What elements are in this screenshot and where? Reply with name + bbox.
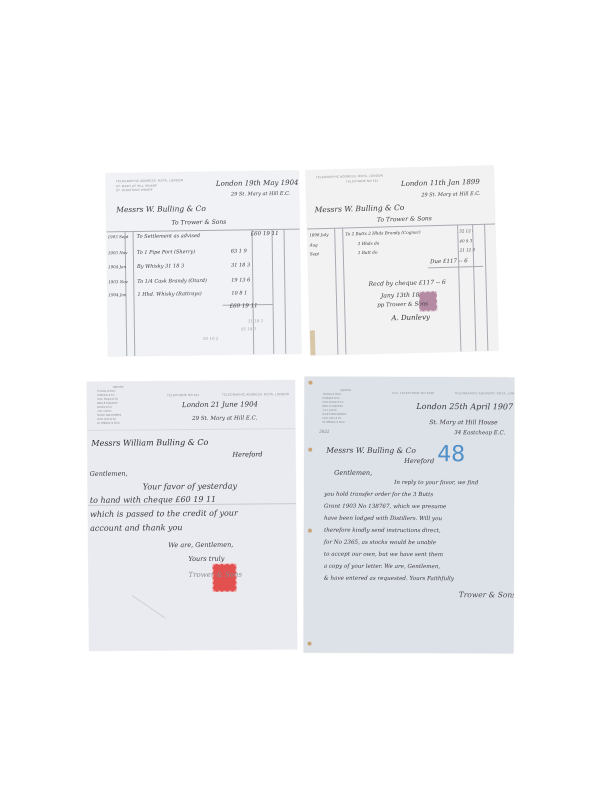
ledger-item: By Whisky 31 18 3: [137, 263, 184, 270]
ledger-rule: [342, 228, 346, 355]
address-line: 34 Eastcheap E.C.: [454, 430, 505, 436]
agents-list: Agencies Thomas & Sons Hollmann & Co Hun…: [322, 389, 351, 425]
telegraph: Telegraphic Address: Rota, London: [454, 391, 514, 395]
ledger-rule: [284, 229, 287, 354]
body-line: account and thank you: [90, 523, 182, 533]
ledger-item: 1 Butt do: [358, 250, 378, 256]
closing: Yours truly: [188, 555, 224, 563]
fold-crease: [87, 428, 295, 431]
ledger-item: To 1 Pipe Port (Sherry): [137, 249, 195, 256]
pencil-note: 95 18 3: [241, 326, 256, 331]
blue-annotation: 48: [437, 442, 465, 467]
body-line: Your favor of yesterday: [143, 482, 237, 492]
signature: Trower & Sons: [459, 590, 515, 599]
place-date: London 25th April 1907: [416, 402, 513, 411]
address-line: 29 St. Mary at Hill E.C.: [421, 191, 480, 199]
telegraph: Telegraphic Address: Rota, London: [222, 392, 289, 397]
recipient: Messrs W. Bulling & Co: [315, 203, 405, 214]
place-date: London 11th Jan 1899: [401, 178, 480, 188]
ledger-item: To 1/4 Cask Brandy (Otard): [137, 278, 207, 285]
body-line: which is passed to the credit of your: [90, 509, 238, 519]
closing: We are, Gentlemen,: [168, 541, 233, 550]
ledger-total: Due £117 -- 6: [430, 258, 468, 265]
ledger-rule: [457, 225, 461, 352]
recipient-town: Hereford: [232, 450, 262, 458]
ledger-rule: [484, 224, 488, 351]
letterhead-line: Telegraphic Address: Rota, London: [116, 178, 183, 183]
fold-crease-diagonal: [132, 595, 166, 618]
body-line: Grant 1903 No 138767, which we presume: [324, 504, 446, 510]
body-line: have been lodged with Distillers. Will y…: [324, 516, 442, 522]
place-date: London 21 June 1904: [182, 400, 258, 409]
body-line: & have entered as requested. Yours Faith…: [324, 576, 454, 582]
letterhead-line: Telephone No 611: [346, 179, 378, 184]
pencil-note: 92 10 2: [203, 336, 218, 341]
from-line: To Trower & Sons: [377, 215, 432, 223]
ledger-date: Aug: [309, 242, 317, 247]
salutation: Gentlemen,: [334, 469, 372, 477]
body-line: to accept our own, but we have sent them: [324, 552, 443, 558]
ledger-amount: 32 12 -: [459, 228, 473, 233]
telephone: P.O. Telephone No 6108: [392, 391, 434, 395]
ledger-amount: 21 12 3: [460, 247, 475, 252]
recipient-town: Hereford: [404, 457, 434, 465]
ledger-rule: [272, 229, 275, 354]
document-bottom-right-letter: Agencies Thomas & Sons Hollmann & Co Hun…: [304, 377, 515, 654]
recipient: Messrs W. Bulling & Co: [116, 204, 206, 214]
punch-hole: [308, 448, 312, 452]
ledger-rule: [252, 229, 255, 354]
punch-hole: [308, 381, 312, 385]
signature: A. Dunlevy: [391, 313, 430, 322]
ledger-date: 1903 Nov: [108, 279, 128, 284]
salutation: Gentlemen,: [90, 470, 128, 478]
ledger-date: 1898 July: [309, 232, 328, 238]
ledger-item: 1 Hhd. Whisky (Rattrays): [137, 291, 201, 298]
letterhead-line: St. Dunstans Wharf: [116, 188, 153, 193]
ledger-item: To Settlement as advised: [137, 233, 201, 240]
body-line: you hold transfer order for the 3 Butts: [324, 492, 433, 498]
agents-list: Agencies Thomas & Sons Hollmann & Co Hun…: [97, 386, 124, 426]
ledger-amount: 31 18 3: [231, 262, 250, 268]
ledger-total: £60 19 11: [230, 303, 258, 309]
ledger-date: 1903 Nov: [108, 250, 128, 255]
ledger-amount: 40 9 3: [459, 238, 472, 243]
ledger-date: 1904 Jan: [108, 292, 126, 297]
body-line: a copy of your letter. We are, Gentlemen…: [324, 564, 440, 570]
ledger-item: To 2 Butts 2 Hhds Brandy (Cognac): [345, 230, 420, 237]
body-line: therefore kindly send instructions direc…: [324, 528, 441, 534]
receipt-note: Recd by cheque £117 -- 6: [369, 279, 446, 288]
recipient: Messrs W. Bulling & Co: [326, 446, 416, 455]
body-line: for No 2365, as stocks would be unable: [324, 540, 436, 546]
pencil-note: 31 18 3: [248, 318, 263, 323]
ledger-amount: 10 8 1: [231, 290, 247, 296]
body-line: In reply to your favor, we find: [394, 480, 478, 486]
signature: Trower & Sons: [188, 571, 242, 579]
ledger-item: 3 Hhds do: [357, 241, 379, 247]
address-line: St. Mary at Hill House: [429, 419, 497, 426]
ledger-date: Sept: [310, 251, 319, 256]
ledger-date: 1903 Sept: [108, 234, 129, 239]
from-line: To Trower & Sons: [171, 219, 226, 227]
address-line: 29 St. Mary at Hill E.C.: [192, 415, 257, 422]
punch-hole: [308, 529, 312, 533]
telephone: Telephone No 611: [167, 393, 199, 397]
ledger-date: 1904 Jan: [108, 264, 126, 269]
ledger-rule: [472, 224, 476, 351]
recipient: Messrs William Bulling & Co: [91, 438, 208, 448]
ref-number: 2622: [319, 429, 329, 434]
total-rule: [428, 266, 483, 268]
document-top-left-invoice: Telegraphic Address: Rota, London St. Ma…: [106, 171, 302, 357]
ledger-amount: 63 1 9: [231, 248, 247, 254]
ledger-amount: £60 19 11: [251, 231, 279, 237]
document-bottom-left-letter: Agencies Thomas & Sons Hollmann & Co Hun…: [87, 380, 297, 651]
punch-hole: [308, 642, 312, 646]
place-date: London 19th May 1904: [216, 179, 299, 188]
ledger-amount: 19 13 6: [231, 277, 250, 283]
ledger-rule: [334, 228, 338, 355]
ledger-rule: [133, 231, 136, 356]
address-line: 29 St. Mary at Hill E.C.: [231, 191, 290, 198]
document-top-right-invoice: Telegraphic Address: Rota, London Teleph…: [306, 166, 499, 356]
page-tear: [310, 330, 316, 355]
